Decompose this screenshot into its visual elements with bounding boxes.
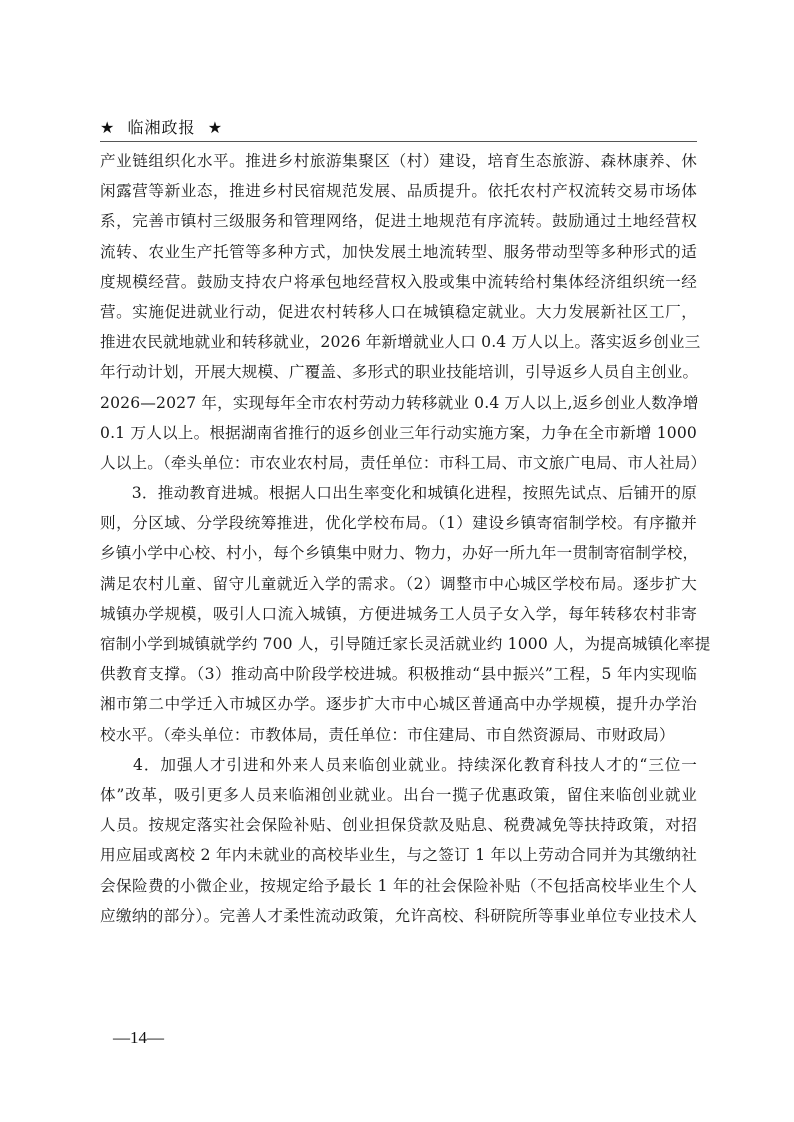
text-line: 4．加强人才引进和外来人员来临创业就业。持续深化教育科技人才的“三位一 bbox=[100, 750, 697, 780]
text-line: 年行动计划，开展大规模、广覆盖、多形式的职业技能培训，引导返乡人员自主创业。 bbox=[100, 357, 697, 387]
running-header: ★ 临湘政报 ★ bbox=[100, 117, 697, 141]
text-line: 2026—2027 年，实现每年全市农村劳动力转移就业 0.4 万人以上,返乡创… bbox=[100, 388, 697, 418]
text-line: 人员。按规定落实社会保险补贴、创业担保贷款及贴息、税费减免等扶持政策，对招 bbox=[100, 810, 697, 840]
text-line: 营。实施促进就业行动，促进农村转移人口在城镇稳定就业。大力发展新社区工厂， bbox=[100, 297, 697, 327]
text-line: 产业链组织化水平。推进乡村旅游集聚区（村）建设，培育生态旅游、森林康养、休 bbox=[100, 146, 697, 176]
text-line: 供教育支撑。（3）推动高中阶段学校进城。积极推动“县中振兴”工程，5 年内实现临 bbox=[100, 659, 697, 689]
text-line: 用应届或离校 2 年内未就业的高校毕业生，与之签订 1 年以上劳动合同并为其缴纳… bbox=[100, 840, 697, 870]
text-line: 校水平。（牵头单位：市教体局，责任单位：市住建局、市自然资源局、市财政局） bbox=[100, 720, 697, 750]
body-text: 产业链组织化水平。推进乡村旅游集聚区（村）建设，培育生态旅游、森林康养、休闲露营… bbox=[100, 146, 700, 931]
text-line: 乡镇小学中心校、村小，每个乡镇集中财力、物力，办好一所九年一贯制寄宿制学校， bbox=[100, 538, 697, 568]
header-divider bbox=[100, 141, 697, 142]
text-line: 人以上。（牵头单位：市农业农村局，责任单位：市科工局、市文旅广电局、市人社局） bbox=[100, 448, 697, 478]
text-line: 宿制小学到城镇就学约 700 人，引导随迁家长灵活就业约 1000 人，为提高城… bbox=[100, 629, 697, 659]
publication-title: ★ 临湘政报 ★ bbox=[100, 118, 223, 137]
text-line: 3．推动教育进城。根据人口出生率变化和城镇化进程，按照先试点、后铺开的原 bbox=[100, 478, 697, 508]
text-line: 湘市第二中学迁入市城区办学。逐步扩大市中心城区普通高中办学规模，提升办学治 bbox=[100, 689, 697, 719]
text-line: 系，完善市镇村三级服务和管理网络，促进土地规范有序流转。鼓励通过土地经营权 bbox=[100, 206, 697, 236]
page-number: —14— bbox=[113, 1028, 164, 1048]
text-line: 满足农村儿童、留守儿童就近入学的需求。（2）调整市中心城区学校布局。逐步扩大 bbox=[100, 569, 697, 599]
text-line: 应缴纳的部分）。完善人才柔性流动政策，允许高校、科研院所等事业单位专业技术人 bbox=[100, 901, 697, 931]
text-line: 则，分区域、分学段统筹推进，优化学校布局。（1）建设乡镇寄宿制学校。有序撤并 bbox=[100, 508, 697, 538]
text-line: 体”改革，吸引更多人员来临湘创业就业。出台一揽子优惠政策，留住来临创业就业 bbox=[100, 780, 697, 810]
text-line: 城镇办学规模，吸引人口流入城镇，方便进城务工人员子女入学，每年转移农村非寄 bbox=[100, 599, 697, 629]
text-line: 推进农民就地就业和转移就业，2026 年新增就业人口 0.4 万人以上。落实返乡… bbox=[100, 327, 697, 357]
text-line: 会保险费的小微企业，按规定给予最长 1 年的社会保险补贴（不包括高校毕业生个人 bbox=[100, 871, 697, 901]
text-line: 流转、农业生产托管等多种方式，加快发展土地流转型、服务带动型等多种形式的适 bbox=[100, 237, 697, 267]
text-line: 闲露营等新业态，推进乡村民宿规范发展、品质提升。依托农村产权流转交易市场体 bbox=[100, 176, 697, 206]
text-line: 度规模经营。鼓励支持农户将承包地经营权入股或集中流转给村集体经济组织统一经 bbox=[100, 267, 697, 297]
text-line: 0.1 万人以上。根据湖南省推行的返乡创业三年行动实施方案，力争在全市新增 10… bbox=[100, 418, 697, 448]
